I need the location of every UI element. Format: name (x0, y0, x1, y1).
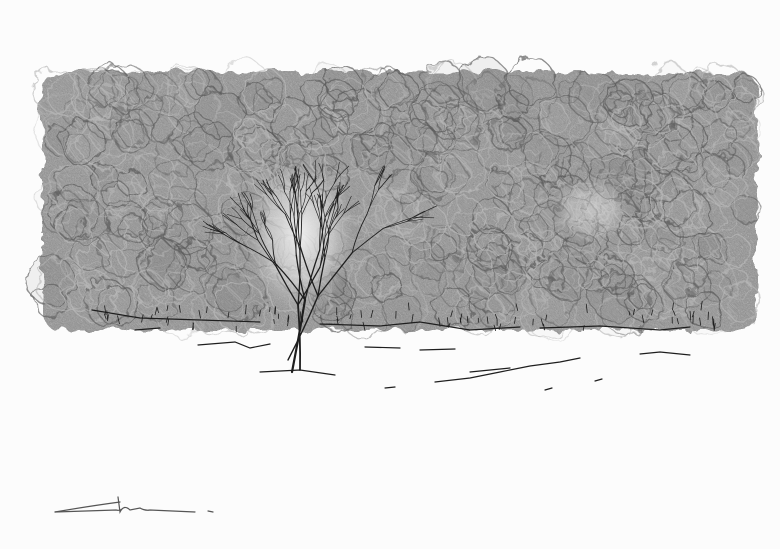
signature (55, 497, 213, 512)
artwork-canvas: Tree before a hedge (0, 0, 780, 549)
artwork-svg (0, 0, 780, 549)
tree-glow (245, 155, 355, 315)
hedge (27, 57, 764, 341)
